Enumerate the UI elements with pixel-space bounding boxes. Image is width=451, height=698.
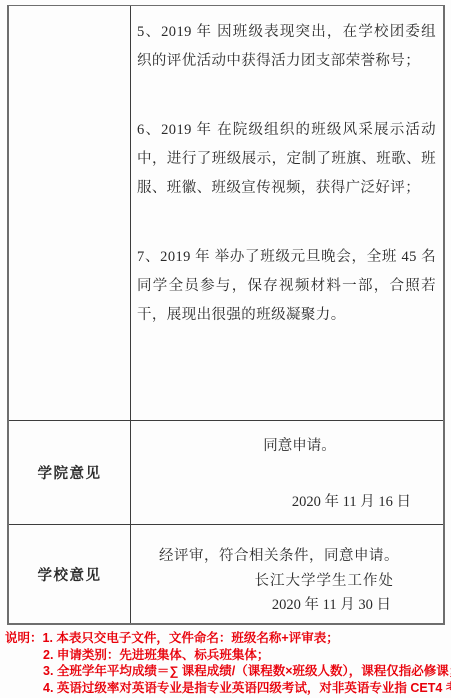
school-opinion-signature: 长江大学学生工作处 — [131, 570, 443, 593]
note-text: 1. 本表只交电子文件，文件命名：班级名称+评审表； — [43, 631, 339, 645]
achievements-label-cell — [9, 6, 131, 420]
note-line: 说明：1. 本表只交电子文件，文件命名：班级名称+评审表； — [5, 630, 448, 647]
note-line: 3. 全班学年平均成绩＝∑ 课程成绩/（课程数×班级人数），课程仅指必修课； — [43, 663, 448, 680]
note-line: 2. 申请类别：先进班集体、标兵班集体； — [43, 647, 448, 664]
college-opinion-label: 学院意见 — [9, 421, 131, 524]
school-opinion-cell: 经评审，符合相关条件，同意申请。 长江大学学生工作处 2020 年 11 月 3… — [131, 525, 443, 623]
achievements-row: 5、2019 年 因班级表现突出，在学校团委组织的评优活动中获得活力团支部荣誉称… — [9, 6, 443, 420]
achievements-content-cell: 5、2019 年 因班级表现突出，在学校团委组织的评优活动中获得活力团支部荣誉称… — [131, 6, 443, 420]
footnotes: 说明：1. 本表只交电子文件，文件命名：班级名称+评审表； 2. 申请类别：先进… — [5, 630, 448, 696]
review-form-table: 5、2019 年 因班级表现突出，在学校团委组织的评优活动中获得活力团支部荣誉称… — [7, 5, 445, 625]
achievement-item: 7、2019 年 举办了班级元旦晚会，全班 45 名同学全员参与，保存视频材料一… — [137, 243, 436, 330]
school-opinion-row: 学校意见 经评审，符合相关条件，同意申请。 长江大学学生工作处 2020 年 1… — [9, 524, 443, 623]
college-opinion-date: 2020 年 11 月 16 日 — [131, 491, 443, 513]
achievement-item: 5、2019 年 因班级表现突出，在学校团委组织的评优活动中获得活力团支部荣誉称… — [137, 18, 436, 76]
scanned-form-page: 5、2019 年 因班级表现突出，在学校团委组织的评优活动中获得活力团支部荣誉称… — [0, 0, 451, 698]
college-opinion-row: 学院意见 同意申请。 2020 年 11 月 16 日 — [9, 420, 443, 524]
school-opinion-comment: 经评审，符合相关条件，同意申请。 — [131, 544, 443, 568]
college-opinion-cell: 同意申请。 2020 年 11 月 16 日 — [131, 421, 443, 524]
notes-label: 说明： — [5, 631, 43, 645]
school-opinion-label: 学校意见 — [9, 525, 131, 623]
achievement-item: 6、2019 年 在院级组织的班级风采展示活动中，进行了班级展示，定制了班旗、班… — [137, 116, 436, 203]
school-opinion-date: 2020 年 11 月 30 日 — [131, 594, 443, 617]
college-opinion-comment: 同意申请。 — [131, 435, 443, 457]
note-line: 4. 英语过级率对英语专业是指专业英语四级考试，对非英语专业指 CET4 考试。 — [43, 680, 448, 697]
